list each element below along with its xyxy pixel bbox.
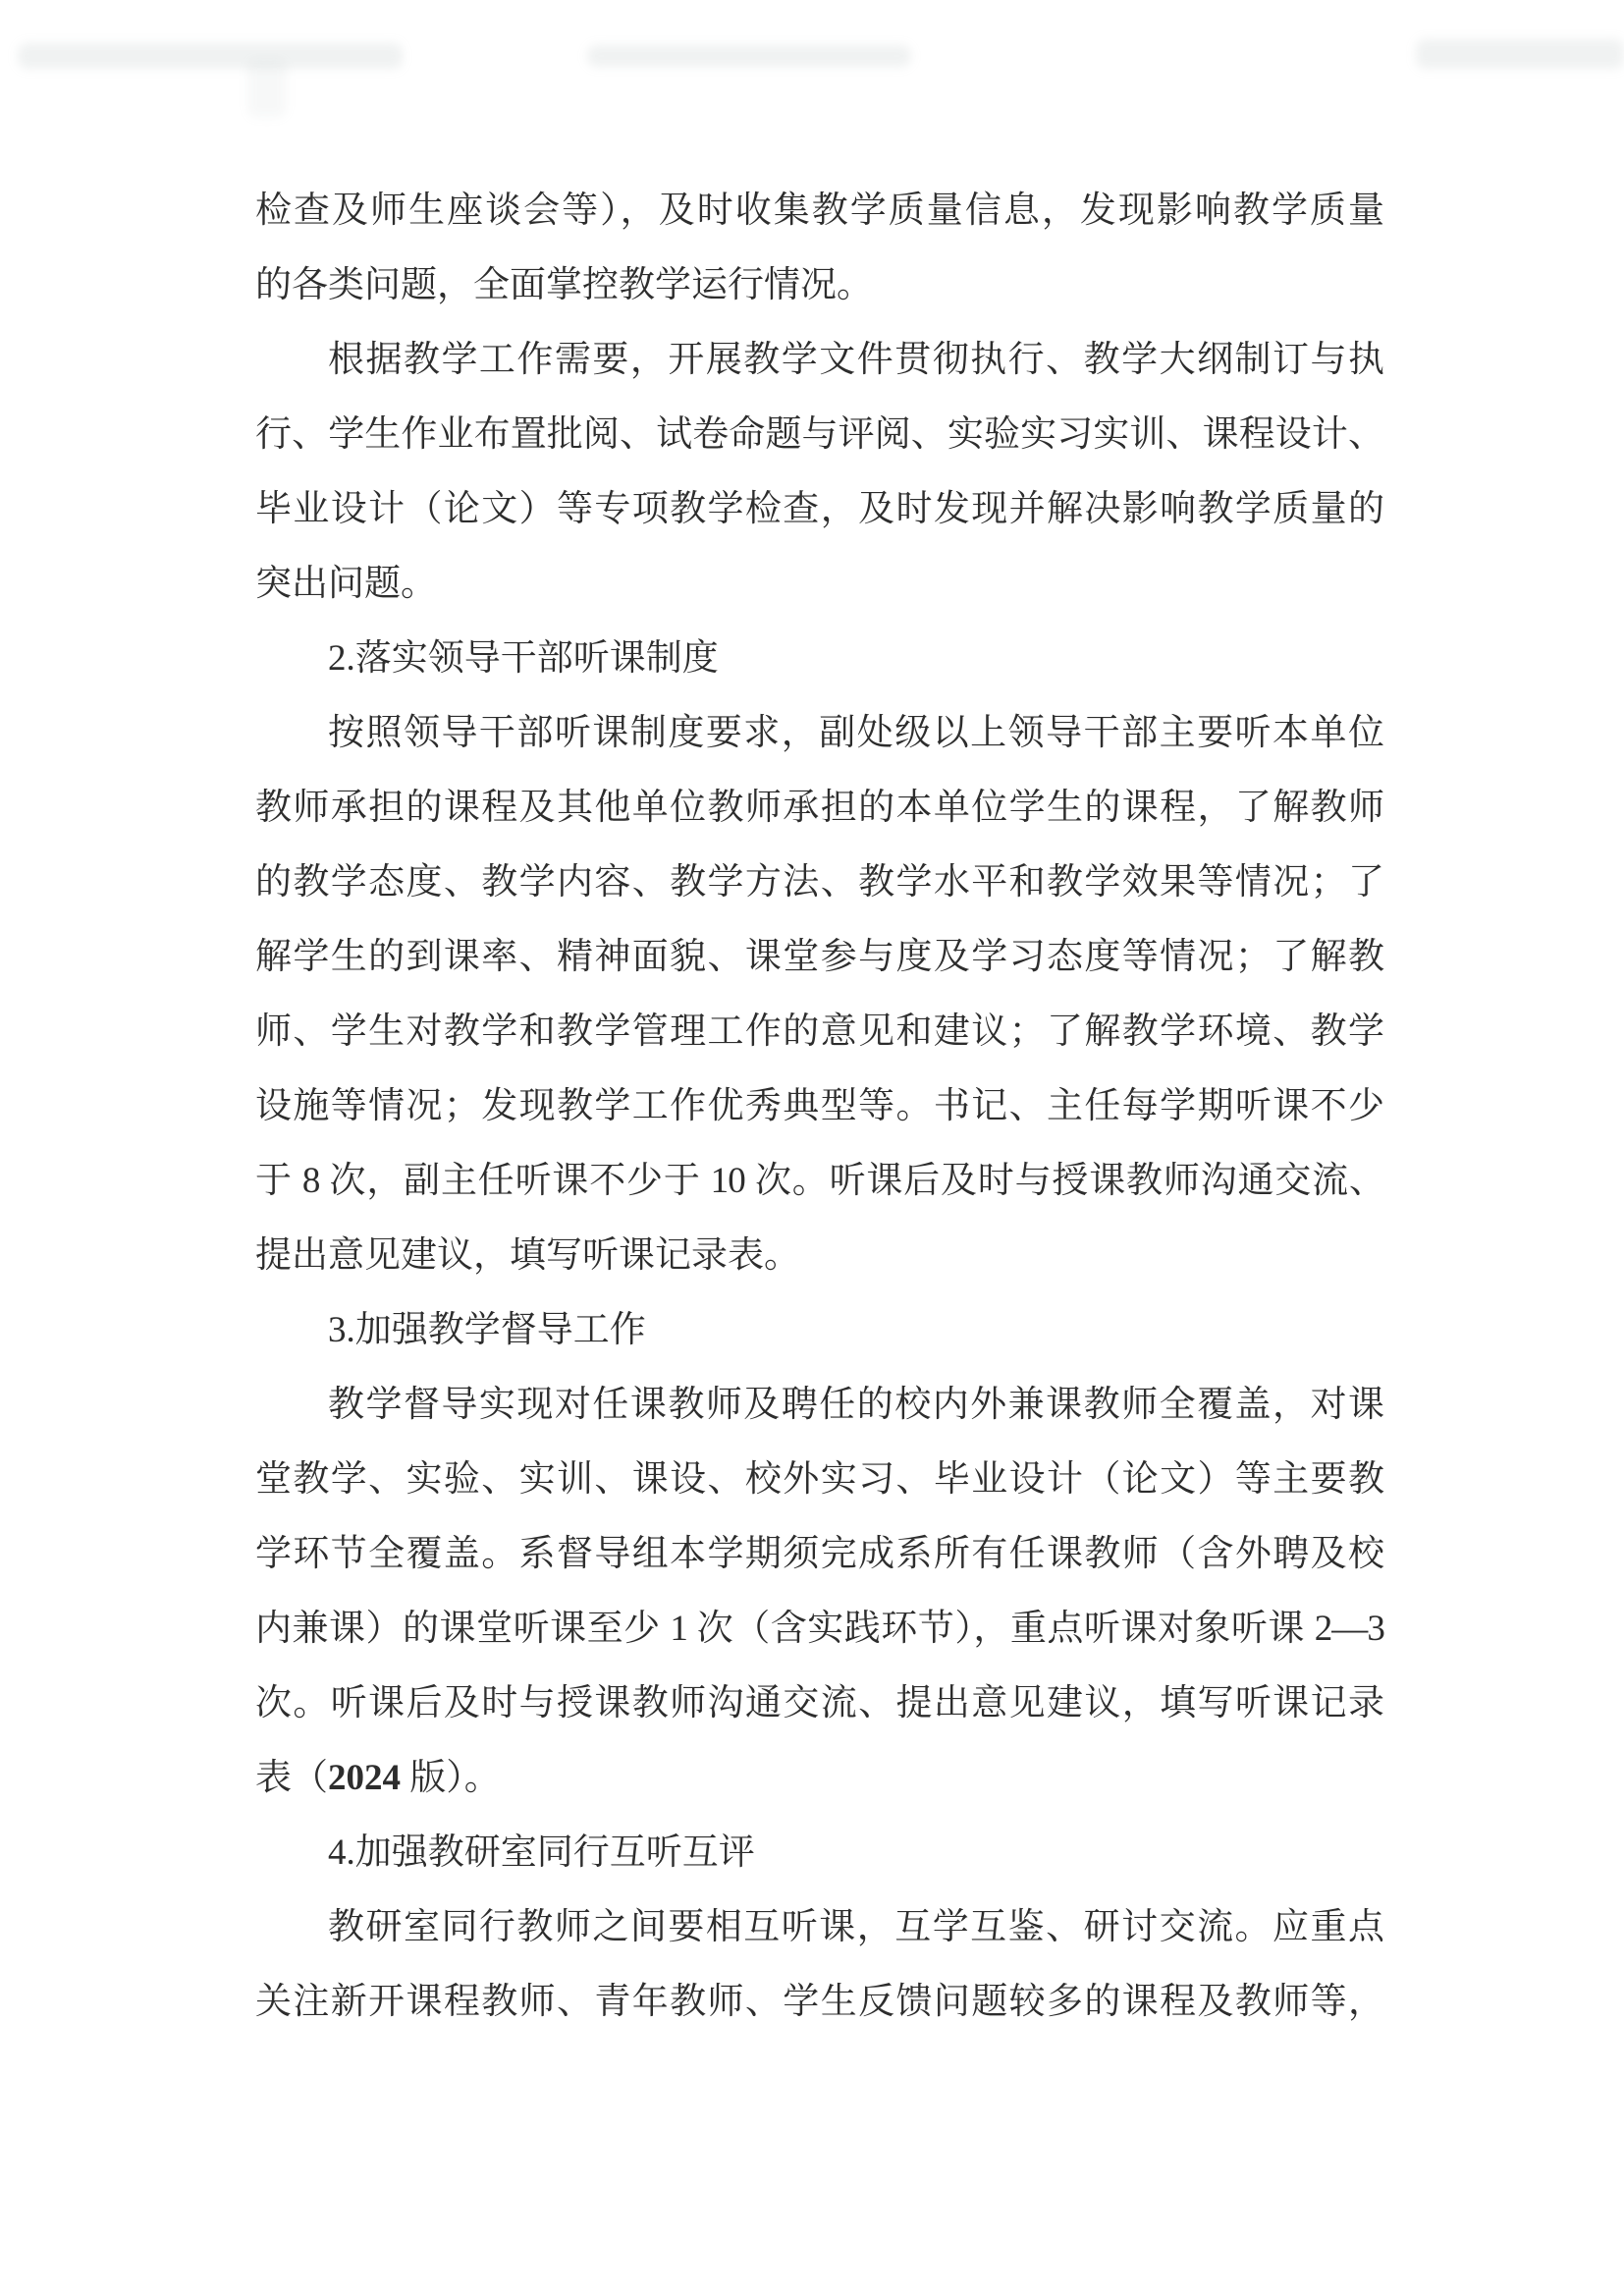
text-line: 根据教学工作需要，开展教学文件贯彻执行、教学大纲制订与执	[255, 323, 1384, 398]
text-line: 内兼课）的课堂听课至少 1 次（含实践环节），重点听课对象听课 2—3	[255, 1592, 1384, 1667]
text-line: 表（2024 版）。	[255, 1741, 1384, 1816]
text-segment: 关注新开课程教师、青年教师、学生反馈问题较多的课程及教师等，	[255, 1982, 1384, 2022]
text-segment: 提出意见建议，填写听课记录表。	[255, 1235, 800, 1276]
text-line: 按照领导干部听课制度要求，副处级以上领导干部主要听本单位	[255, 696, 1384, 771]
text-segment: 内兼课）的课堂听课至少 1 次（含实践环节），重点听课对象听课 2—3	[255, 1609, 1384, 1649]
text-line: 提出意见建议，填写听课记录表。	[255, 1219, 1384, 1293]
text-line: 2.落实领导干部听课制度	[255, 622, 1384, 696]
text-line: 突出问题。	[255, 547, 1384, 622]
scan-artifact	[587, 45, 911, 67]
document-page: 检查及师生座谈会等），及时收集教学质量信息，发现影响教学质量的各类问题，全面掌控…	[0, 0, 1624, 2296]
text-segment: 版）。	[401, 1758, 501, 1798]
text-line: 的各类问题，全面掌控教学运行情况。	[255, 248, 1384, 323]
text-segment: 毕业设计（论文）等专项教学检查，及时发现并解决影响教学质量的	[255, 489, 1384, 529]
text-segment: 学环节全覆盖。系督导组本学期须完成系所有任课教师（含外聘及校	[255, 1534, 1384, 1574]
text-segment: 4.加强教研室同行互听互评	[328, 1832, 755, 1873]
text-segment: 的教学态度、教学内容、教学方法、教学水平和教学效果等情况；了	[255, 862, 1384, 902]
text-line: 关注新开课程教师、青年教师、学生反馈问题较多的课程及教师等，	[255, 1965, 1384, 2040]
text-line: 教学督导实现对任课教师及聘任的校内外兼课教师全覆盖，对课	[255, 1368, 1384, 1443]
text-block: 检查及师生座谈会等），及时收集教学质量信息，发现影响教学质量的各类问题，全面掌控…	[255, 174, 1384, 2040]
text-line: 教师承担的课程及其他单位教师承担的本单位学生的课程，了解教师	[255, 771, 1384, 846]
text-segment: 表（	[255, 1758, 328, 1798]
bold-text: 2024	[328, 1758, 401, 1798]
text-segment: 师、学生对教学和教学管理工作的意见和建议；了解教学环境、教学	[255, 1011, 1384, 1052]
text-line: 毕业设计（论文）等专项教学检查，及时发现并解决影响教学质量的	[255, 472, 1384, 547]
text-segment: 解学生的到课率、精神面貌、课堂参与度及学习态度等情况；了解教	[255, 937, 1384, 977]
text-line: 4.加强教研室同行互听互评	[255, 1816, 1384, 1890]
text-segment: 教研室同行教师之间要相互听课，互学互鉴、研讨交流。应重点	[328, 1907, 1384, 1947]
scan-artifact	[247, 59, 287, 118]
text-segment: 根据教学工作需要，开展教学文件贯彻执行、教学大纲制订与执	[328, 340, 1384, 380]
text-segment: 堂教学、实验、实训、课设、校外实习、毕业设计（论文）等主要教	[255, 1459, 1384, 1500]
text-line: 的教学态度、教学内容、教学方法、教学水平和教学效果等情况；了	[255, 846, 1384, 920]
text-line: 堂教学、实验、实训、课设、校外实习、毕业设计（论文）等主要教	[255, 1443, 1384, 1517]
text-segment: 的各类问题，全面掌控教学运行情况。	[255, 265, 873, 305]
text-line: 检查及师生座谈会等），及时收集教学质量信息，发现影响教学质量	[255, 174, 1384, 248]
scan-artifact	[18, 43, 403, 69]
text-segment: 行、学生作业布置批阅、试卷命题与评阅、实验实习实训、课程设计、	[255, 414, 1384, 455]
text-line: 学环节全覆盖。系督导组本学期须完成系所有任课教师（含外聘及校	[255, 1517, 1384, 1592]
text-segment: 教学督导实现对任课教师及聘任的校内外兼课教师全覆盖，对课	[328, 1385, 1384, 1425]
text-segment: 次。听课后及时与授课教师沟通交流、提出意见建议，填写听课记录	[255, 1683, 1384, 1723]
text-line: 行、学生作业布置批阅、试卷命题与评阅、实验实习实训、课程设计、	[255, 398, 1384, 472]
text-segment: 设施等情况；发现教学工作优秀典型等。书记、主任每学期听课不少	[255, 1086, 1384, 1126]
text-segment: 3.加强教学督导工作	[328, 1310, 646, 1350]
text-segment: 教师承担的课程及其他单位教师承担的本单位学生的课程，了解教师	[255, 788, 1384, 828]
text-segment: 于 8 次，副主任听课不少于 10 次。听课后及时与授课教师沟通交流、	[255, 1161, 1384, 1201]
text-segment: 突出问题。	[255, 564, 437, 604]
text-line: 解学生的到课率、精神面貌、课堂参与度及学习态度等情况；了解教	[255, 920, 1384, 995]
text-segment: 按照领导干部听课制度要求，副处级以上领导干部主要听本单位	[328, 713, 1384, 753]
text-line: 教研室同行教师之间要相互听课，互学互鉴、研讨交流。应重点	[255, 1890, 1384, 1965]
text-line: 师、学生对教学和教学管理工作的意见和建议；了解教学环境、教学	[255, 995, 1384, 1069]
text-line: 3.加强教学督导工作	[255, 1293, 1384, 1368]
scan-artifact	[1416, 39, 1624, 69]
text-line: 次。听课后及时与授课教师沟通交流、提出意见建议，填写听课记录	[255, 1667, 1384, 1741]
text-segment: 检查及师生座谈会等），及时收集教学质量信息，发现影响教学质量	[255, 191, 1384, 231]
text-line: 设施等情况；发现教学工作优秀典型等。书记、主任每学期听课不少	[255, 1069, 1384, 1144]
text-segment: 2.落实领导干部听课制度	[328, 638, 719, 679]
text-line: 于 8 次，副主任听课不少于 10 次。听课后及时与授课教师沟通交流、	[255, 1144, 1384, 1219]
